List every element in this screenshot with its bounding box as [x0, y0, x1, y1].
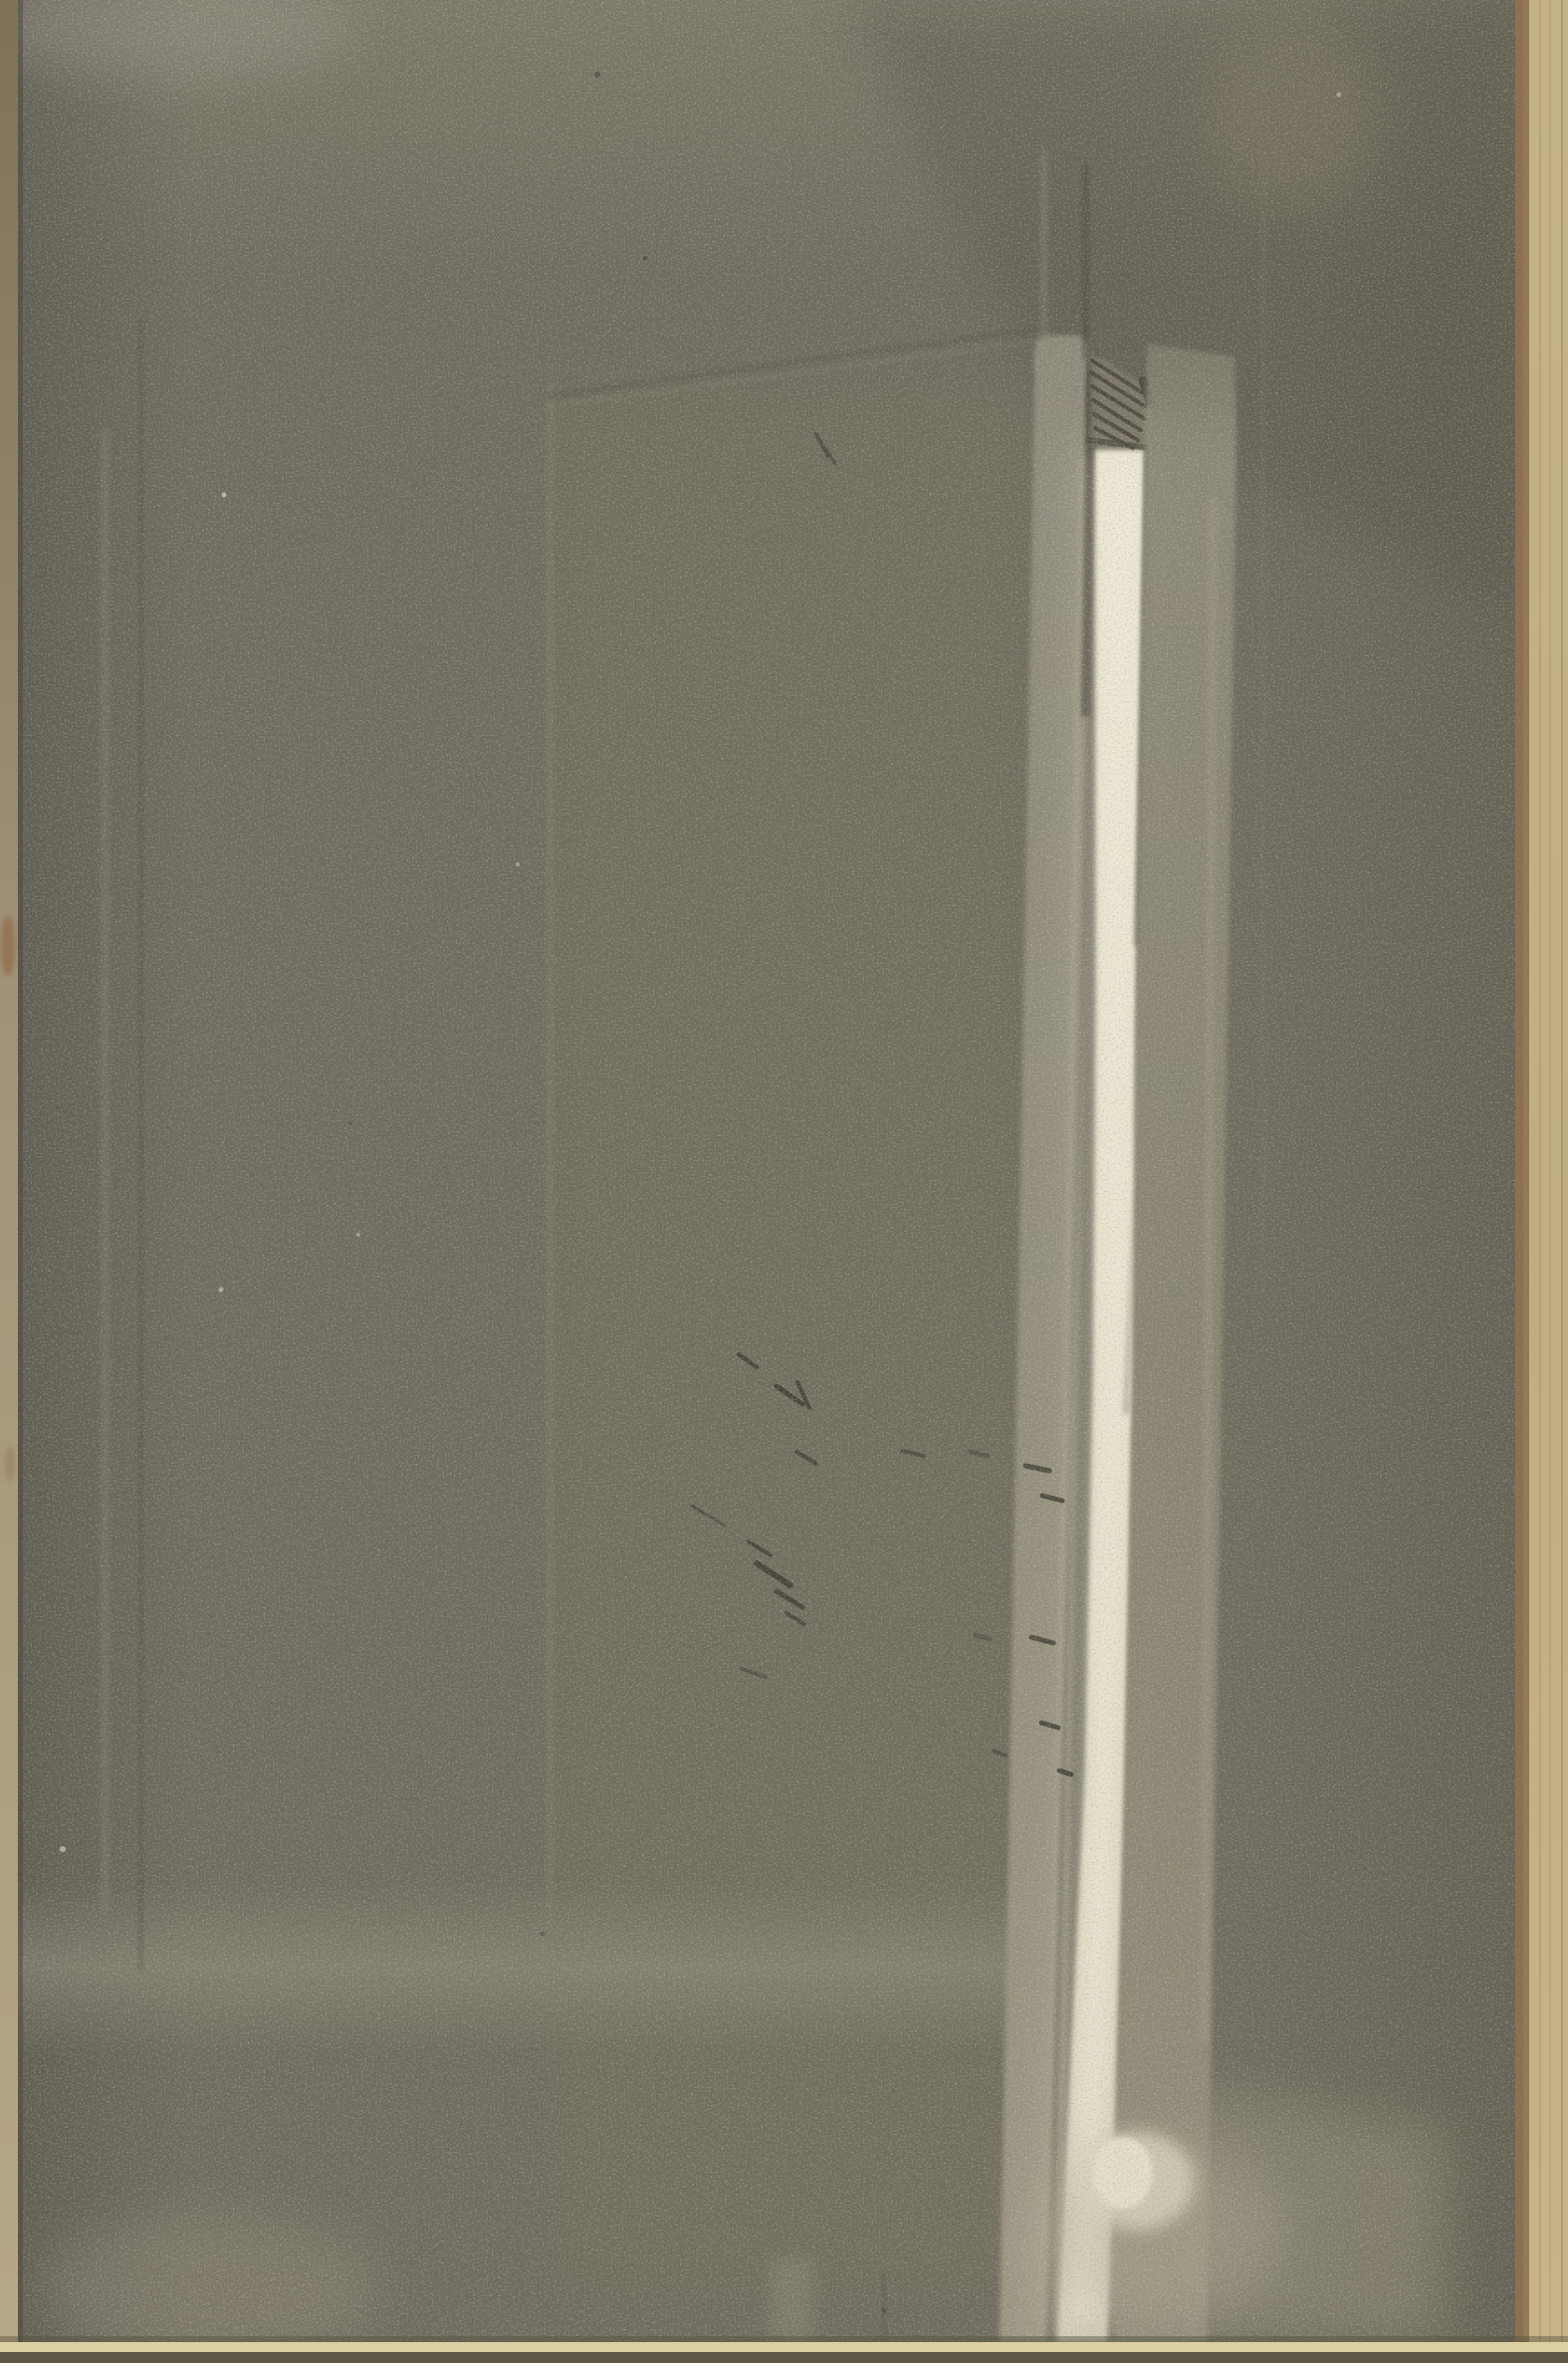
- paper-edge-bottom-light: [0, 2342, 1568, 2352]
- paper-right-streak: [1539, 0, 1541, 2363]
- paper-left-stain: [1, 916, 15, 976]
- book-page-scan: [0, 0, 1568, 2363]
- film-grain: [0, 0, 1568, 2363]
- paper-right-streak: [1561, 0, 1563, 2363]
- paper-right-streak: [1549, 0, 1551, 2363]
- paper-edge-bottom-dark: [0, 2352, 1568, 2363]
- paper-left-stain: [5, 1446, 15, 1482]
- paper-edge-left-gutter-line: [18, 0, 23, 2342]
- artwork-scan: [0, 0, 1568, 2363]
- paper-edge-left: [0, 0, 18, 2363]
- halftone-print: [0, 0, 1568, 2363]
- print-bottom-shadow-line: [0, 2336, 1568, 2342]
- paper-edge-right-line: [1515, 0, 1529, 2363]
- grain-fine-layer: [0, 0, 1568, 2363]
